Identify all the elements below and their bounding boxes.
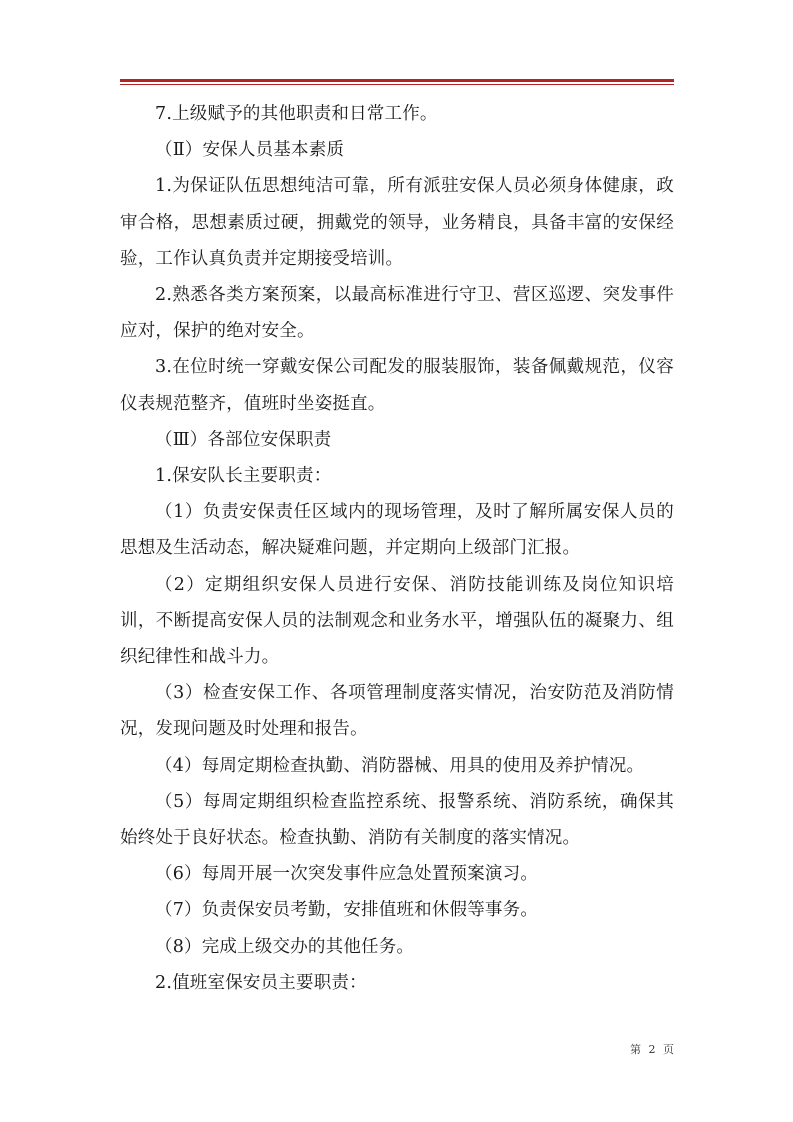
subheading-duty-room-guard: 2.值班室保安员主要职责： — [120, 965, 674, 1001]
section-heading-3: （Ⅲ）各部位安保职责 — [120, 422, 674, 458]
duty-item-2: （2）定期组织安保人员进行安保、消防技能训练及岗位知识培训，不断提高安保人员的法… — [120, 567, 674, 676]
duty-item-5: （5）每周定期组织检查监控系统、报警系统、消防系统，确保其始终处于良好状态。检查… — [120, 784, 674, 856]
paragraph-quality-3: 3.在位时统一穿戴安保公司配发的服装服饰，装备佩戴规范，仪容仪表规范整齐，值班时… — [120, 349, 674, 421]
duty-item-3: （3）检查安保工作、各项管理制度落实情况，治安防范及消防情况，发现问题及时处理和… — [120, 675, 674, 747]
section-heading-2: （Ⅱ）安保人员基本素质 — [120, 132, 674, 168]
duty-item-7: （7）负责保安员考勤，安排值班和休假等事务。 — [120, 892, 674, 928]
duty-item-8: （8）完成上级交办的其他任务。 — [120, 929, 674, 965]
paragraph-item-7: 7.上级赋予的其他职责和日常工作。 — [120, 96, 674, 132]
paragraph-quality-2: 2.熟悉各类方案预案，以最高标准进行守卫、营区巡逻、突发事件应对，保护的绝对安全… — [120, 277, 674, 349]
duty-item-1: （1）负责安保责任区域内的现场管理，及时了解所属安保人员的思想及生活动态，解决疑… — [120, 494, 674, 566]
header-rule-thick — [120, 79, 674, 82]
subheading-captain-duties: 1.保安队长主要职责： — [120, 458, 674, 494]
duty-item-4: （4）每周定期检查执勤、消防器械、用具的使用及养护情况。 — [120, 748, 674, 784]
duty-item-6: （6）每周开展一次突发事件应急处置预案演习。 — [120, 856, 674, 892]
paragraph-quality-1: 1.为保证队伍思想纯洁可靠，所有派驻安保人员必须身体健康，政审合格，思想素质过硬… — [120, 168, 674, 277]
header-rule-thin — [120, 84, 674, 85]
page-number: 第 2 页 — [630, 1041, 676, 1057]
document-body: 7.上级赋予的其他职责和日常工作。 （Ⅱ）安保人员基本素质 1.为保证队伍思想纯… — [120, 96, 674, 1001]
